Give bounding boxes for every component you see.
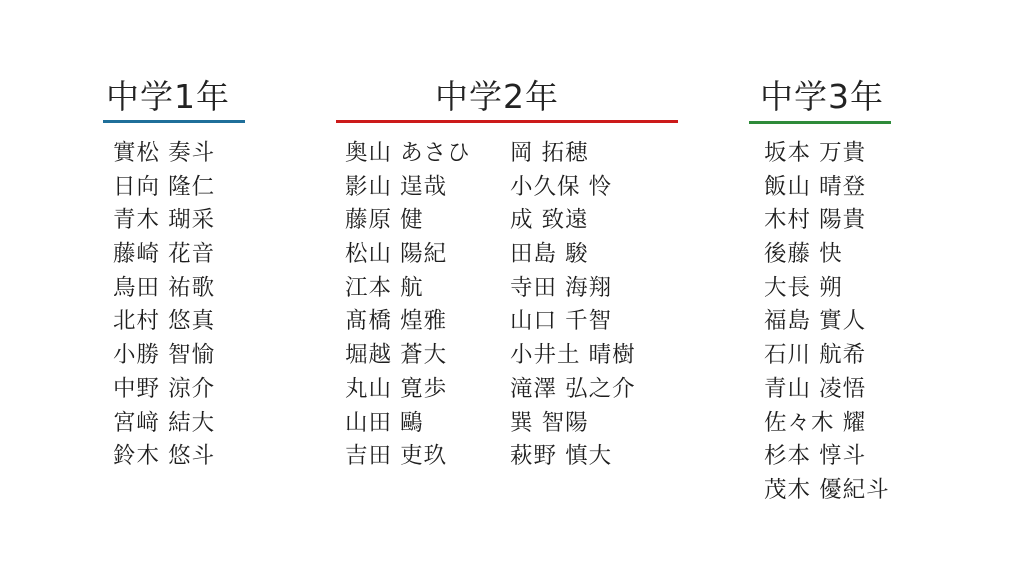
student-name: 藤崎 花音 [113, 238, 215, 272]
student-name: 萩野 慎大 [510, 440, 636, 474]
student-name: 江本 航 [345, 272, 471, 306]
student-name: 小勝 智愉 [113, 339, 215, 373]
grade-1-name-list: 實松 奏斗 日向 隆仁 青木 瑚采 藤崎 花音 鳥田 祐歌 北村 悠真 小勝 智… [113, 137, 215, 474]
student-name: 堀越 蒼大 [345, 339, 471, 373]
student-name: 山口 千智 [510, 305, 636, 339]
student-name: 滝澤 弘之介 [510, 373, 636, 407]
student-name: 鈴木 悠斗 [113, 440, 215, 474]
grade-1-underline [103, 120, 245, 123]
student-name: 後藤 快 [764, 238, 890, 272]
student-name: 宮﨑 結大 [113, 407, 215, 441]
student-name: 中野 涼介 [113, 373, 215, 407]
student-name: 實松 奏斗 [113, 137, 215, 171]
grade-3-underline [749, 121, 891, 124]
grade-2-name-list-left: 奥山 あさひ 影山 逞哉 藤原 健 松山 陽紀 江本 航 髙橋 煌雅 堀越 蒼大… [345, 137, 471, 474]
student-name: 奥山 あさひ [345, 137, 471, 171]
student-name: 影山 逞哉 [345, 171, 471, 205]
student-name: 飯山 晴登 [764, 171, 890, 205]
student-name: 日向 隆仁 [113, 171, 215, 205]
student-name: 小久保 怜 [510, 171, 636, 205]
student-name: 木村 陽貴 [764, 204, 890, 238]
student-name: 吉田 吏玖 [345, 440, 471, 474]
grade-2-heading: 中学2年 [435, 77, 559, 117]
student-name: 山田 鷗 [345, 407, 471, 441]
grade-2-underline [336, 120, 678, 123]
grade-2-name-list-right: 岡 拓穂 小久保 怜 成 致遠 田島 駿 寺田 海翔 山口 千智 小井土 晴樹 … [510, 137, 636, 474]
student-name: 田島 駿 [510, 238, 636, 272]
student-name: 茂木 優紀斗 [764, 474, 890, 508]
student-name: 寺田 海翔 [510, 272, 636, 306]
student-name: 巽 智陽 [510, 407, 636, 441]
student-name: 松山 陽紀 [345, 238, 471, 272]
student-name: 丸山 寛歩 [345, 373, 471, 407]
grade-3-heading: 中学3年 [760, 77, 884, 117]
student-name: 青木 瑚采 [113, 204, 215, 238]
student-name: 藤原 健 [345, 204, 471, 238]
student-name: 青山 凌悟 [764, 373, 890, 407]
student-name: 髙橋 煌雅 [345, 305, 471, 339]
student-name: 北村 悠真 [113, 305, 215, 339]
student-name: 岡 拓穂 [510, 137, 636, 171]
student-name: 石川 航希 [764, 339, 890, 373]
student-name: 成 致遠 [510, 204, 636, 238]
student-name: 小井土 晴樹 [510, 339, 636, 373]
student-name: 杉本 惇斗 [764, 440, 890, 474]
grade-3-name-list: 坂本 万貴 飯山 晴登 木村 陽貴 後藤 快 大長 朔 福島 實人 石川 航希 … [764, 137, 890, 508]
student-name: 佐々木 耀 [764, 407, 890, 441]
student-name: 坂本 万貴 [764, 137, 890, 171]
student-name: 福島 實人 [764, 305, 890, 339]
student-name: 鳥田 祐歌 [113, 272, 215, 306]
grade-1-heading: 中学1年 [106, 77, 230, 117]
student-name: 大長 朔 [764, 272, 890, 306]
